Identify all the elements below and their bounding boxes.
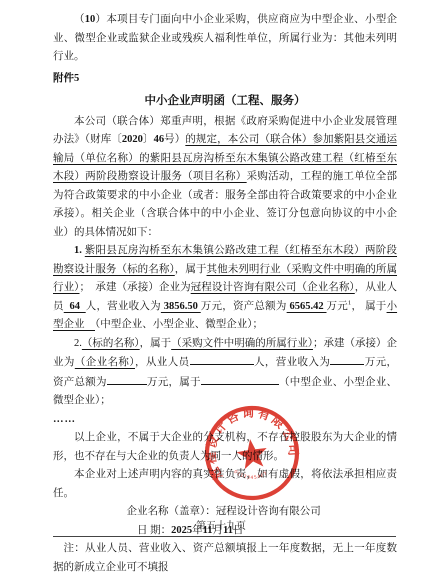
- text-run: 64: [64, 301, 86, 312]
- blank-underline: [190, 353, 254, 365]
- text-run: （采购文件中明确的所属行业）: [171, 338, 313, 349]
- text-run: ，属于: [175, 264, 207, 275]
- text-run: （: [74, 14, 85, 25]
- ellipsis-line: ……: [53, 411, 397, 430]
- footnote-separator: [53, 536, 396, 537]
- text-run: 3856.50: [161, 301, 201, 312]
- text-run: 2025: [171, 525, 192, 536]
- intro-paragraph: （10）本项目专门面向中小企业采购，供应商应为中型企业、小型企业、微型企业或监狱…: [53, 11, 397, 67]
- text-run: ，从业人员: [135, 357, 190, 368]
- item-1-paragraph: 1. 紫阳县瓦房沟桥至东木集镇公路改建工程（红椿至东木段）两阶段勘察设计服务（标…: [53, 242, 397, 335]
- text-run: 46: [154, 134, 165, 145]
- text-run: 万元，资产总额为: [201, 301, 287, 312]
- text-run: 注：从业人员、营业收入、资产总额填报上一年度数据，无上一年度数据的新成立企业可不…: [53, 543, 397, 573]
- text-run: 以上企业，不属于大企业的分支机构，不存在控股股东为大企业的情形，也不存在与大企业…: [53, 432, 397, 462]
- attachment-label: 附件5: [53, 70, 397, 89]
- text-run: 号）: [164, 134, 185, 145]
- document-body: （10）本项目专门面向中小企业采购，供应商应为中型企业、小型企业、微型企业或监狱…: [53, 11, 397, 577]
- text-run: 人，营业收入为: [86, 301, 161, 312]
- text-run: 2020: [122, 134, 143, 145]
- declaration-paragraph: 本公司（联合体）郑重声明，根据《政府采购促进中小企业发展管理办法》（财库〔202…: [53, 113, 397, 243]
- text-run: 6565.42: [287, 301, 327, 312]
- text-run: 人，营业收入为: [254, 357, 331, 368]
- blank-underline: [330, 353, 364, 365]
- text-run: ……: [53, 414, 76, 425]
- text-run: （中型企业、小型企业、微型企业）；: [95, 319, 263, 330]
- text-run: 附件5: [53, 73, 79, 84]
- text-run: 〕: [143, 134, 154, 145]
- text-run: 1.: [74, 245, 85, 256]
- text-run: 万元，属于: [147, 377, 201, 388]
- blank-underline: [107, 373, 147, 385]
- text-run: （标的名称）: [82, 338, 140, 349]
- text-run: ，属于: [140, 338, 172, 349]
- text-run: 日 期：: [137, 525, 171, 536]
- statement-paragraph-2: 本企业对上述声明内容的真实性负责，如有虚假，将依法承担相应责任。: [53, 466, 397, 503]
- document-page: （10）本项目专门面向中小企业采购，供应商应为中型企业、小型企业、微型企业或监狱…: [0, 0, 442, 578]
- blank-underline: [201, 373, 279, 385]
- page-number: 第五十九页: [196, 517, 246, 532]
- note-paragraph: 注：从业人员、营业收入、资产总额填报上一年度数据，无上一年度数据的新成立企业可不…: [53, 540, 397, 577]
- document-title: 中小企业声明函（工程、服务）: [53, 92, 397, 111]
- text-run: （企业名称）: [75, 357, 135, 368]
- text-run: 10: [85, 14, 96, 25]
- statement-paragraph-1: 以上企业，不属于大企业的分支机构，不存在控股股东为大企业的情形，也不存在与大企业…: [53, 429, 397, 466]
- text-run: 2.: [74, 338, 82, 349]
- text-run: 中小企业声明函（工程、服务）: [145, 95, 306, 107]
- item-2-paragraph: 2.（标的名称），属于（采购文件中明确的所属行业）；承建（承接）企业为（企业名称…: [53, 335, 397, 411]
- text-run: ， 属于: [351, 301, 386, 312]
- text-run: 万元: [327, 301, 348, 312]
- text-run: ； 承建（承接）企业为: [80, 282, 191, 293]
- text-run: 冠程设计咨询有限公司（企业名称）: [191, 282, 355, 293]
- text-run: 冠程设计咨询有限公司: [216, 506, 321, 517]
- text-run: 企业名称（盖章）：: [127, 506, 216, 517]
- text-run: ）本项目专门面向中小企业采购，供应商应为中型企业、小型企业、微型企业或监狱企业或…: [53, 14, 397, 62]
- text-run: 本企业对上述声明内容的真实性负责，如有虚假，将依法承担相应责任。: [53, 469, 397, 499]
